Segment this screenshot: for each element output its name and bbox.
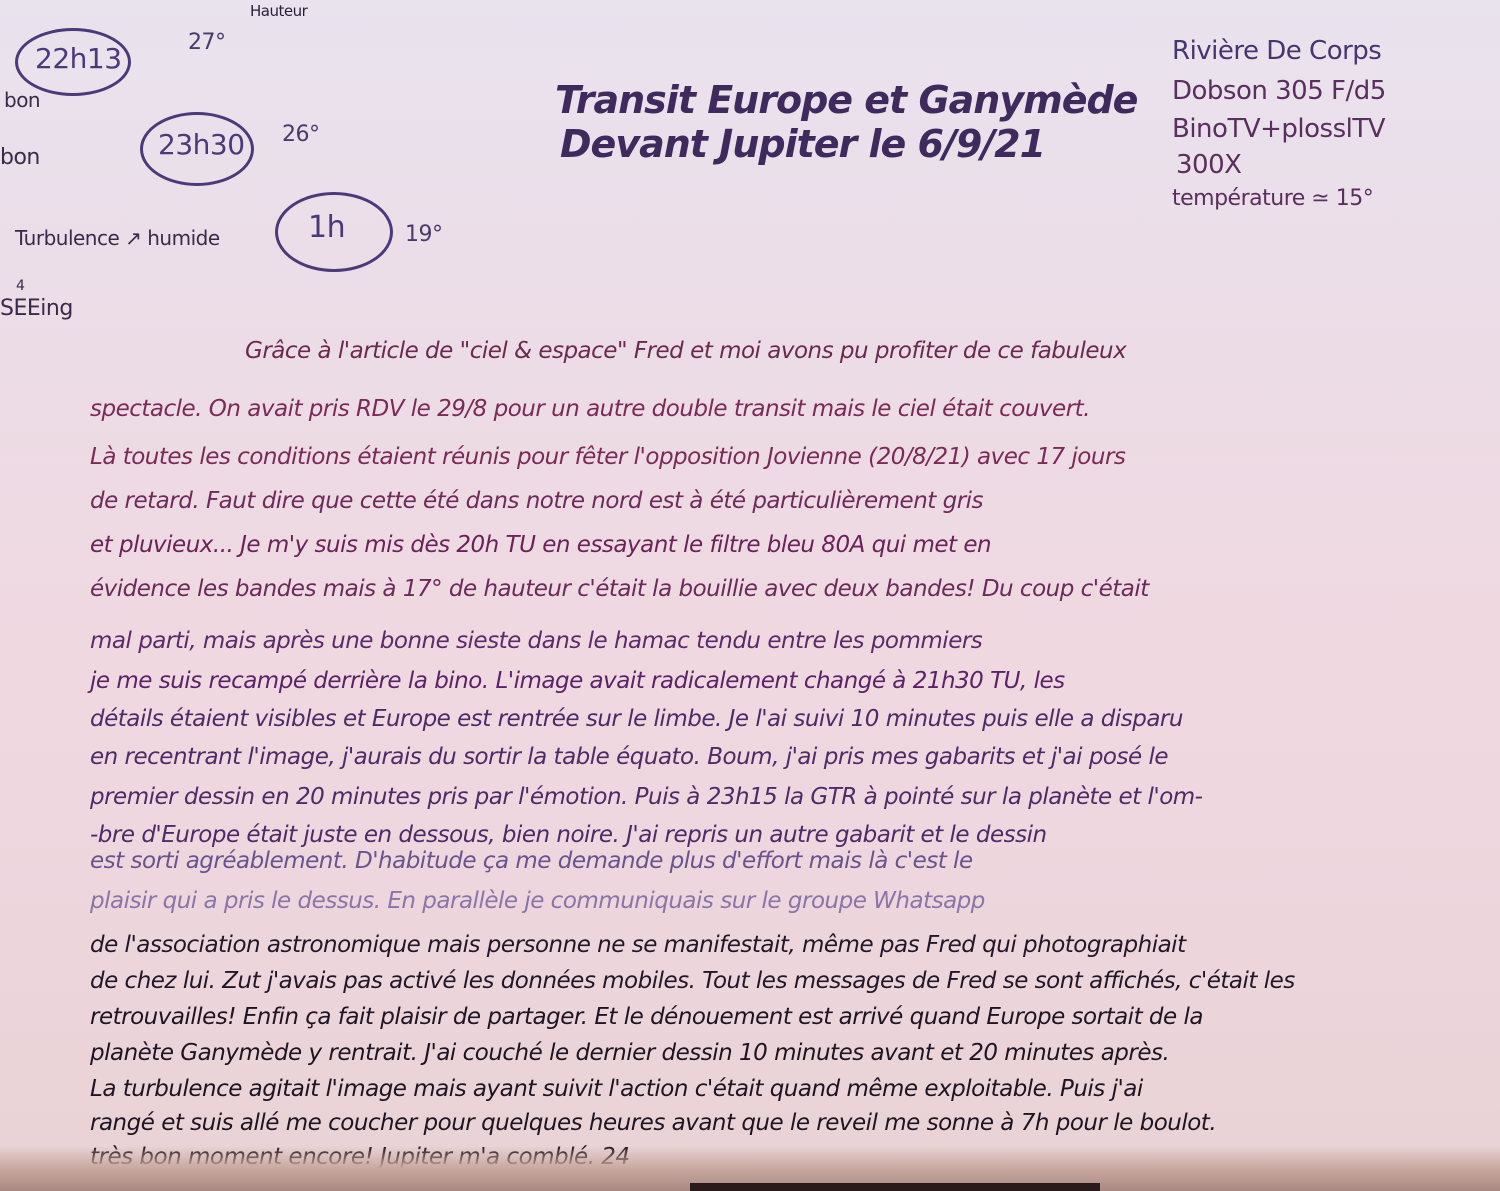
body-line-19: La turbulence agitait l'image mais ayant… (90, 1076, 1143, 1102)
body-line-5: et pluvieux... Je m'y suis mis dès 20h T… (90, 532, 991, 558)
altitude-label: Hauteur (250, 2, 307, 20)
setup-telescope: Dobson 305 F/d5 (1172, 76, 1386, 106)
page-title-line-1: Transit Europe et Ganymède (555, 78, 1137, 122)
page-title-line-2: Devant Jupiter le 6/9/21 (560, 122, 1045, 166)
body-line-20: rangé et suis allé me coucher pour quelq… (90, 1110, 1216, 1136)
body-line-8: je me suis recampé derrière la bino. L'i… (90, 668, 1065, 694)
obs-altitude-2: 26° (282, 122, 320, 147)
setup-eyepieces: BinoTV+plosslTV (1172, 114, 1385, 144)
seeing-scale: 4 (16, 278, 24, 294)
setup-temperature: température ≃ 15° (1172, 186, 1373, 211)
body-line-9: détails étaient visibles et Europe est r… (90, 706, 1183, 732)
body-line-7: mal parti, mais après une bonne sieste d… (90, 628, 982, 654)
body-line-4: de retard. Faut dire que cette été dans … (90, 488, 983, 514)
body-line-11: premier dessin en 20 minutes pris par l'… (90, 784, 1202, 810)
body-line-1: Grâce à l'article de "ciel & espace" Fre… (245, 338, 1126, 364)
handwritten-page: 22h13 27° Hauteur bon 23h30 26° bon 1h 1… (0, 0, 1500, 1191)
obs-altitude-1: 27° (188, 30, 226, 55)
body-line-18: planète Ganymède y rentrait. J'ai couché… (90, 1040, 1169, 1066)
body-line-17: retrouvailles! Enfin ça fait plaisir de … (90, 1004, 1203, 1030)
setup-location: Rivière De Corps (1172, 36, 1381, 66)
body-line-16: de chez lui. Zut j'avais pas activé les … (90, 968, 1295, 994)
obs-seeing-1: bon (4, 88, 40, 112)
body-line-14: plaisir qui a pris le dessus. En parallè… (90, 888, 985, 914)
body-line-10: en recentrant l'image, j'aurais du sorti… (90, 744, 1168, 770)
obs-time-2: 23h30 (158, 128, 245, 161)
obs-seeing-3: Turbulence ↗ humide (15, 226, 220, 250)
body-line-6: évidence les bandes mais à 17° de hauteu… (90, 576, 1149, 602)
seeing-label: SEEing (0, 296, 73, 321)
body-line-12: -bre d'Europe était juste en dessous, bi… (90, 822, 1047, 848)
obs-altitude-3: 19° (405, 222, 443, 247)
page-bottom-shadow (690, 1183, 1100, 1191)
setup-magnification: 300X (1176, 150, 1241, 180)
obs-time-1: 22h13 (35, 42, 122, 75)
body-line-3: Là toutes les conditions étaient réunis … (90, 444, 1125, 470)
body-line-15: de l'association astronomique mais perso… (90, 932, 1186, 958)
obs-seeing-2: bon (0, 145, 40, 170)
body-line-2: spectacle. On avait pris RDV le 29/8 pou… (90, 396, 1090, 422)
obs-time-3: 1h (308, 210, 345, 245)
body-line-13: est sorti agréablement. D'habitude ça me… (90, 848, 973, 874)
